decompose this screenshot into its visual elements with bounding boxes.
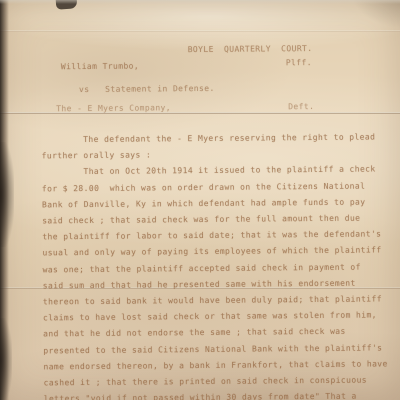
scanned-document-photo: BOYLE QUARTERLY COURT. William Trumbo, P… [0, 0, 400, 400]
statement-body: The defendant the - E Myers reserving th… [41, 129, 388, 400]
document-text: BOYLE QUARTERLY COURT. William Trumbo, P… [0, 0, 400, 400]
plaintiff-name: William Trumbo, [61, 62, 139, 72]
defendant-abbreviation: Deft. [288, 102, 314, 111]
top-edge-sheen [0, 0, 400, 4]
scan-edge-dark-patch [0, 142, 14, 247]
plaintiff-abbreviation: Plff. [286, 58, 312, 67]
top-right-corner-shade [352, 0, 400, 28]
scan-edge-dark-patch-lower [0, 318, 12, 400]
defendant-name: The - E Myers Company, [56, 103, 171, 113]
court-title: BOYLE QUARTERLY COURT. [188, 44, 313, 54]
case-vs-line: vs Statement in Defense. [79, 84, 215, 94]
